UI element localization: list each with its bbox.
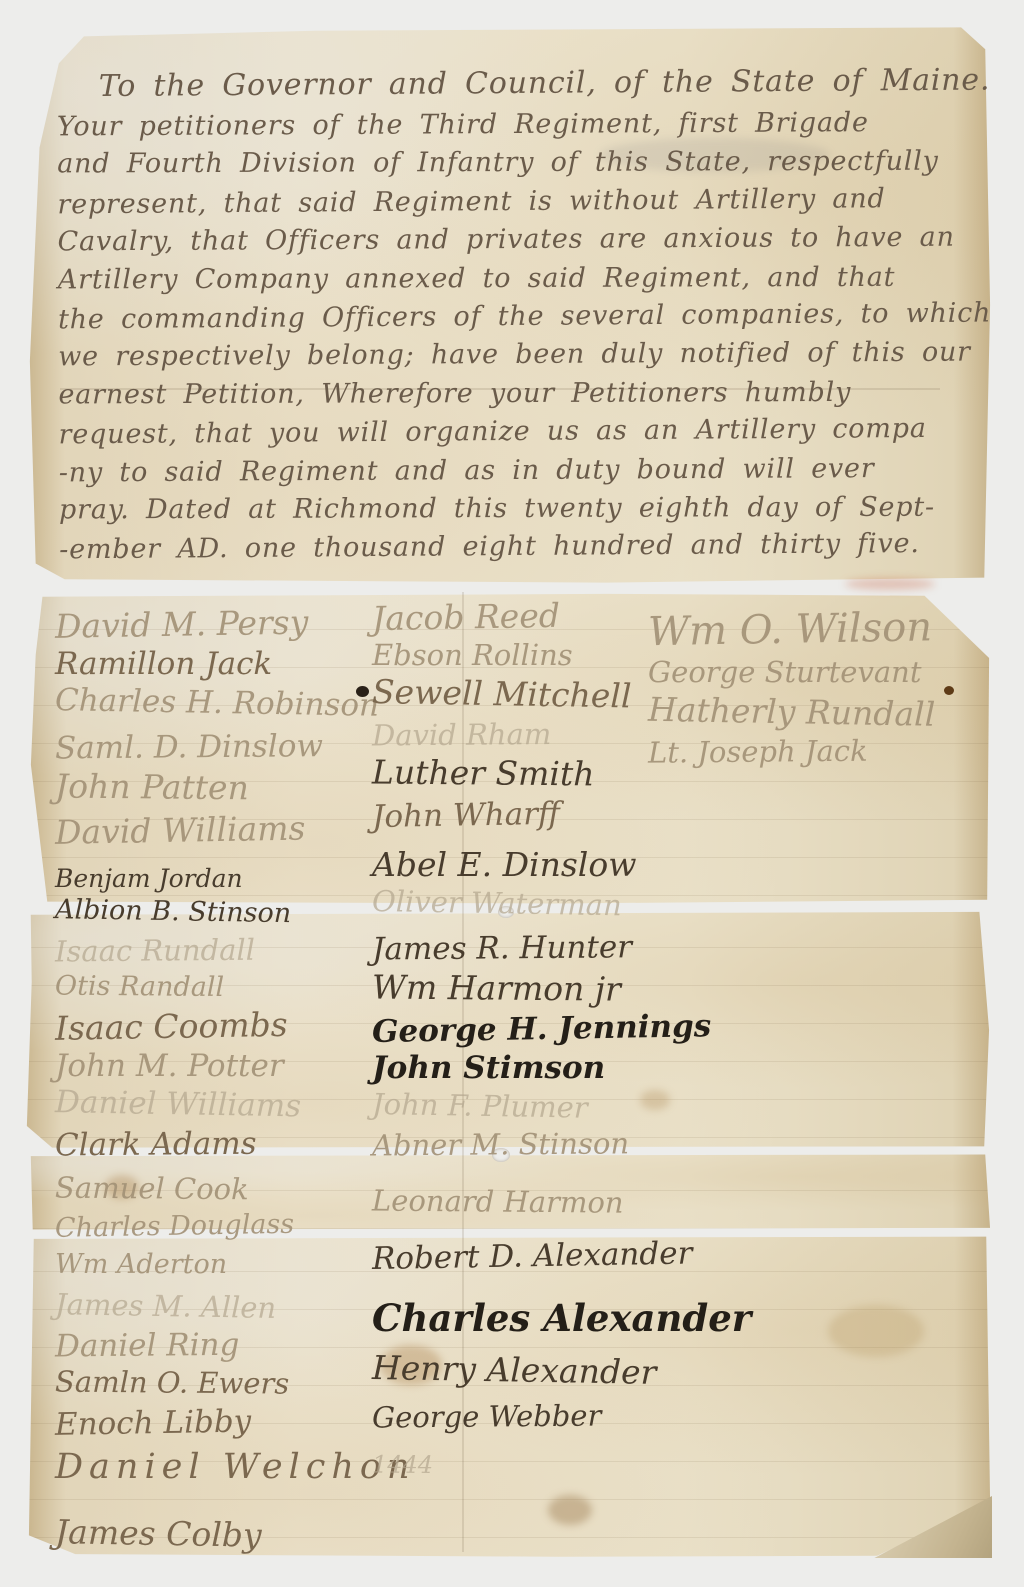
signature: Wm Aderton	[55, 1250, 385, 1279]
signature: Henry Alexander	[372, 1350, 723, 1392]
signature: Wm Harmon jr	[372, 970, 722, 1009]
signature: Charles Douglass	[55, 1208, 385, 1243]
signature: James Colby	[55, 1514, 386, 1555]
signature: Leonard Harmon	[372, 1185, 722, 1219]
signature: Isaac Rundall	[55, 934, 385, 968]
signature: Lt. Joseph Jack	[648, 735, 1018, 770]
petition-line: Cavalry, that Officers and privates are …	[58, 219, 968, 262]
signature: Daniel Ring	[55, 1327, 385, 1363]
signature: Robert D. Alexander	[372, 1237, 723, 1277]
petition-line: Your petitioners of the Third Regiment, …	[57, 104, 967, 147]
stain	[828, 1305, 924, 1357]
photograph-background: To the Governor and Council, of the Stat…	[0, 0, 1024, 1587]
signature: George Sturtevant	[648, 657, 1018, 688]
petition-line: the commanding Officers of the several c…	[58, 295, 968, 340]
signature: Samln O. Ewers	[55, 1367, 385, 1401]
signature: Albion B. Stinson	[55, 895, 385, 930]
signature: David Williams	[55, 809, 386, 850]
signature: John Stimson	[372, 1052, 722, 1085]
petition-line: pray. Dated at Richmond this twenty eigh…	[59, 489, 969, 530]
signature: Daniel Williams	[55, 1086, 386, 1125]
signature: Clark Adams	[55, 1127, 385, 1163]
signature: James M. Allen	[55, 1289, 385, 1326]
signature: Daniel Welchon	[55, 1449, 385, 1487]
signature: Ramillon Jack	[55, 648, 385, 681]
petition-line: To the Governor and Council, of the Stat…	[57, 59, 967, 110]
petition-line: Artillery Company annexed to said Regime…	[58, 258, 968, 299]
signature: 1444	[372, 1453, 722, 1482]
signature: George H. Jennings	[372, 1010, 723, 1050]
signature: John Wharff	[372, 794, 723, 834]
signature: Enoch Libby	[55, 1403, 386, 1442]
signature: George Webber	[372, 1399, 722, 1433]
signature: Benjam Jordan	[55, 865, 385, 892]
petition-text: To the Governor and Council, of the Stat…	[57, 60, 970, 570]
petition-line: we respectively belong; have been duly n…	[58, 334, 968, 377]
signature: Abner M. Stinson	[372, 1128, 722, 1162]
petition-line: -ember AD. one thousand eight hundred an…	[59, 525, 969, 570]
signature: Hatherly Rundall	[648, 691, 1019, 733]
petition-line: -ny to said Regiment and as in duty boun…	[59, 449, 969, 492]
signature: John F. Plumer	[372, 1089, 722, 1126]
signature: Saml. D. Dinslow	[55, 729, 385, 765]
signature: Samuel Cook	[55, 1172, 385, 1206]
signature: James R. Hunter	[372, 930, 722, 967]
petition-line: represent, that said Regiment is without…	[57, 179, 967, 224]
signature-column-left: David M. PersyRamillon JackCharles H. Ro…	[55, 600, 385, 1553]
signature: John M. Potter	[55, 1050, 385, 1083]
signature: Wm O. Wilson	[648, 605, 1019, 655]
stain	[548, 1495, 592, 1525]
signature: Charles Alexander	[372, 1299, 722, 1339]
signature: Abel E. Dinslow	[372, 847, 722, 883]
signature: Charles H. Robinson	[55, 684, 386, 723]
signature: Otis Randall	[55, 971, 385, 1003]
stain	[845, 578, 935, 590]
petition-line: request, that you will organize us as an…	[58, 410, 968, 455]
petition-line: and Fourth Division of Infantry of this …	[57, 143, 967, 184]
signature: Isaac Coombs	[55, 1005, 386, 1046]
petition-line: earnest Petition, Wherefore your Petitio…	[58, 373, 968, 414]
signature: John Patten	[55, 769, 385, 808]
signature-column-right: Wm O. WilsonGeorge SturtevantHatherly Ru…	[648, 602, 1018, 767]
signature: Oliver Waterman	[372, 886, 722, 923]
signature: David M. Persy	[55, 603, 386, 644]
